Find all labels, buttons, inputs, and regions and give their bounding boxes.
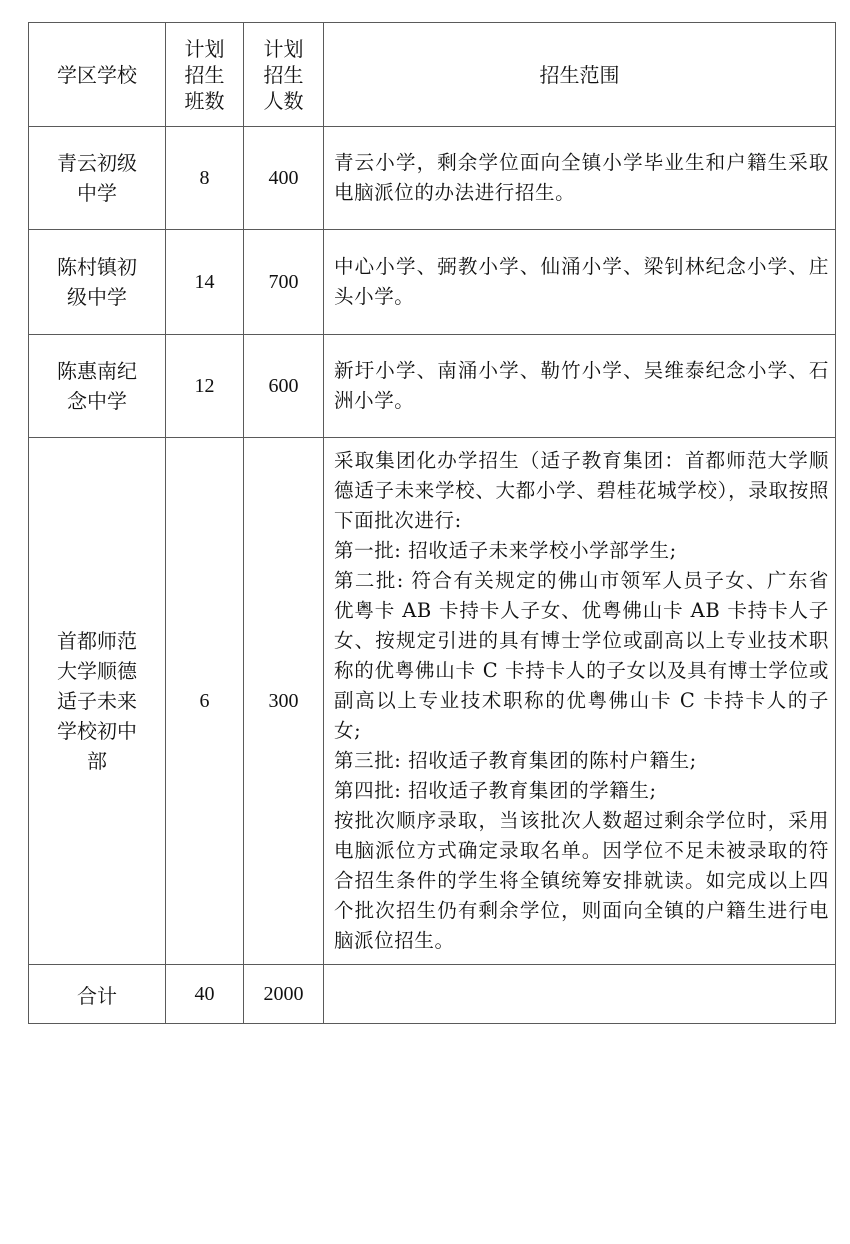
header-scope: 招生范围 xyxy=(324,23,836,127)
school-cell: 陈惠南纪念中学 xyxy=(29,335,166,438)
scope-rules: 按批次顺序录取，当该批次人数超过剩余学位时，采用电脑派位方式确定录取名单。因学位… xyxy=(334,806,829,956)
scope-cell: 青云小学，剩余学位面向全镇小学毕业生和户籍生采取电脑派位的办法进行招生。 xyxy=(324,127,836,230)
school-name: 陈惠南纪念中学 xyxy=(53,356,141,416)
school-name: 青云初级中学 xyxy=(53,148,141,208)
header-row: 学区学校 计划招生班数 计划招生人数 招生范围 xyxy=(29,23,836,127)
header-students: 计划招生人数 xyxy=(244,23,324,127)
scope-text: 新圩小学、南涌小学、勒竹小学、吴维泰纪念小学、石洲小学。 xyxy=(334,356,829,416)
total-students: 2000 xyxy=(244,965,324,1024)
table-row: 陈村镇初级中学 14 700 中心小学、弼教小学、仙涌小学、梁钊林纪念小学、庄头… xyxy=(29,230,836,335)
header-school: 学区学校 xyxy=(29,23,166,127)
school-cell: 首都师范大学顺德适子未来学校初中部 xyxy=(29,438,166,965)
table-row: 首都师范大学顺德适子未来学校初中部 6 300 采取集团化办学招生（适子教育集团… xyxy=(29,438,836,965)
scope-batch-4: 第四批: 招收适子教育集团的学籍生; xyxy=(334,776,829,806)
header-classes: 计划招生班数 xyxy=(166,23,244,127)
school-cell: 陈村镇初级中学 xyxy=(29,230,166,335)
table-row: 青云初级中学 8 400 青云小学，剩余学位面向全镇小学毕业生和户籍生采取电脑派… xyxy=(29,127,836,230)
header-students-label: 计划招生人数 xyxy=(262,36,306,114)
scope-cell: 新圩小学、南涌小学、勒竹小学、吴维泰纪念小学、石洲小学。 xyxy=(324,335,836,438)
students-cell: 700 xyxy=(244,230,324,335)
school-name: 陈村镇初级中学 xyxy=(53,252,141,312)
admissions-table: 学区学校 计划招生班数 计划招生人数 招生范围 青云初级中学 8 400 青云小… xyxy=(28,22,836,1024)
students-cell: 400 xyxy=(244,127,324,230)
header-school-label: 学区学校 xyxy=(57,63,137,87)
school-name: 首都师范大学顺德适子未来学校初中部 xyxy=(53,626,141,776)
scope-text: 中心小学、弼教小学、仙涌小学、梁钊林纪念小学、庄头小学。 xyxy=(334,252,829,312)
classes-cell: 8 xyxy=(166,127,244,230)
scope-batch-3: 第三批: 招收适子教育集团的陈村户籍生; xyxy=(334,746,829,776)
total-label: 合计 xyxy=(29,965,166,1024)
total-classes: 40 xyxy=(166,965,244,1024)
scope-cell: 中心小学、弼教小学、仙涌小学、梁钊林纪念小学、庄头小学。 xyxy=(324,230,836,335)
students-cell: 600 xyxy=(244,335,324,438)
scope-batch-2: 第二批: 符合有关规定的佛山市领军人员子女、广东省优粤卡 AB 卡持卡人子女、优… xyxy=(334,566,829,746)
students-cell: 300 xyxy=(244,438,324,965)
header-classes-label: 计划招生班数 xyxy=(183,36,227,114)
total-row: 合计 40 2000 xyxy=(29,965,836,1024)
school-cell: 青云初级中学 xyxy=(29,127,166,230)
scope-cell: 采取集团化办学招生（适子教育集团：首都师范大学顺德适子未来学校、大都小学、碧桂花… xyxy=(324,438,836,965)
table-row: 陈惠南纪念中学 12 600 新圩小学、南涌小学、勒竹小学、吴维泰纪念小学、石洲… xyxy=(29,335,836,438)
scope-batch-1: 第一批: 招收适子未来学校小学部学生; xyxy=(334,536,829,566)
classes-cell: 6 xyxy=(166,438,244,965)
classes-cell: 14 xyxy=(166,230,244,335)
total-scope xyxy=(324,965,836,1024)
classes-cell: 12 xyxy=(166,335,244,438)
scope-text: 青云小学，剩余学位面向全镇小学毕业生和户籍生采取电脑派位的办法进行招生。 xyxy=(334,148,829,208)
scope-intro: 采取集团化办学招生（适子教育集团：首都师范大学顺德适子未来学校、大都小学、碧桂花… xyxy=(334,446,829,536)
header-scope-label: 招生范围 xyxy=(540,63,620,87)
